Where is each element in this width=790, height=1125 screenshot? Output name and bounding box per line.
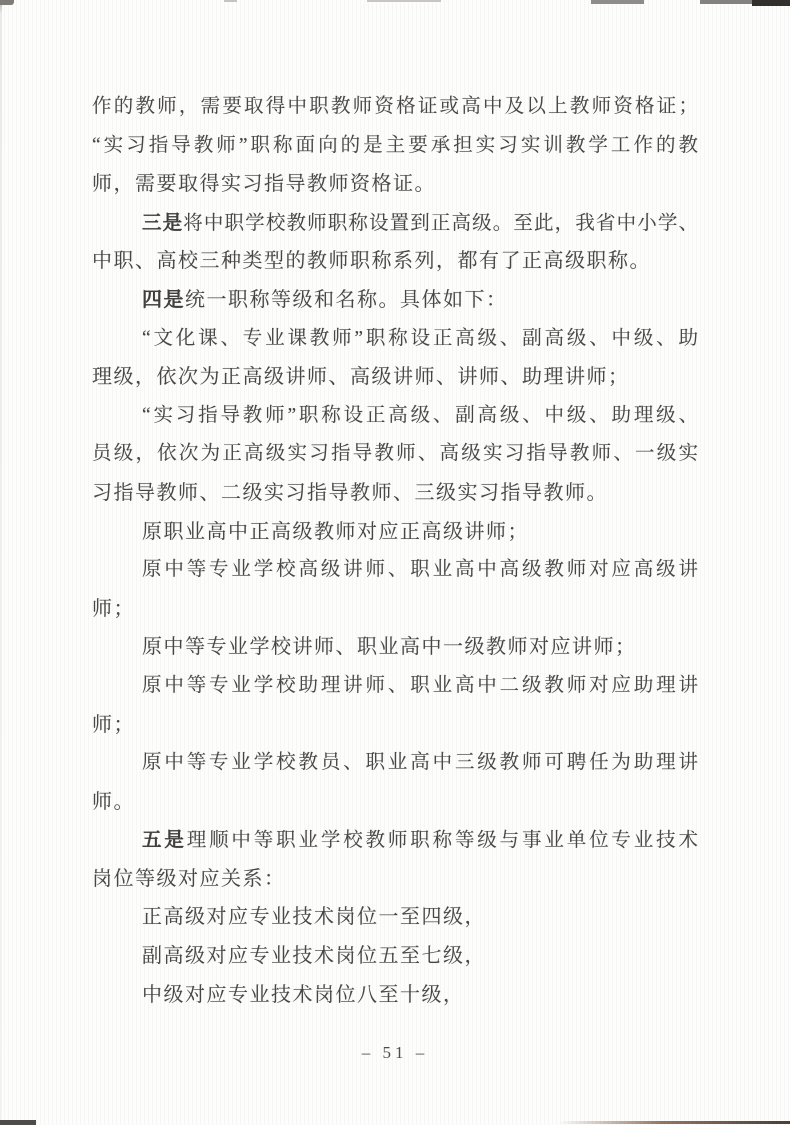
paragraph-lead-emphasis: 三是 [142,212,183,234]
text-line: 原中等专业学校助理讲师、职业高中二级教师对应助理讲 [92,667,698,706]
page-number: – 51 – [0,1043,790,1063]
text-line: “实习指导教师”职称设正高级、副高级、中级、助理级、 [92,397,698,436]
text-line: 师； [92,706,698,745]
paragraph-lead-emphasis: 四是 [142,289,185,311]
text-line: 作的教师，需要取得中职教师资格证或高中及以上教师资格证； [92,88,698,127]
scan-artifact-top-left [0,0,14,5]
text-line: 原中等专业学校教员、职业高中三级教师可聘任为助理讲 [92,744,698,783]
text-line: 原职业高中正高级教师对应正高级讲师； [92,513,698,552]
scan-artifact-top-faint-line [367,0,441,2]
text-line: 理级，依次为正高级讲师、高级讲师、讲师、助理讲师； [92,358,698,397]
text-line: 五是理顺中等职业学校教师职称等级与事业单位专业技术 [92,821,698,860]
text-line: 师； [92,590,698,629]
text-line: 原中等专业学校高级讲师、职业高中高级教师对应高级讲 [92,551,698,590]
text-line: 三是将中职学校教师职称设置到正高级。至此，我省中小学、 [92,204,698,243]
scan-artifact-top-gray-strip [700,0,752,4]
paragraph-lead-emphasis: 五是 [142,829,187,851]
text-line: 四是统一职称等级和名称。具体如下： [92,281,698,320]
text-line: 员级，依次为正高级实习指导教师、高级实习指导教师、一级实 [92,435,698,474]
text-line: 中级对应专业技术岗位八至十级， [92,976,698,1015]
scan-artifact-top-mark [224,0,237,2]
scan-artifact-bottom-right-line [558,1121,790,1124]
scan-artifact-bottom-left-strip [0,1120,36,1125]
scan-artifact-left-edge [0,0,2,1125]
text-line: 正高级对应专业技术岗位一至四级， [92,898,698,937]
document-body: 作的教师，需要取得中职教师资格证或高中及以上教师资格证；“实习指导教师”职称面向… [92,88,698,1014]
scan-artifact-top-right-strip [752,0,790,6]
text-line: 副高级对应专业技术岗位五至七级， [92,937,698,976]
text-line: 中职、高校三种类型的教师职称系列，都有了正高级职称。 [92,242,698,281]
text-line: “实习指导教师”职称面向的是主要承担实习实训教学工作的教 [92,127,698,166]
text-line: 师。 [92,783,698,822]
text-line: 原中等专业学校讲师、职业高中一级教师对应讲师； [92,628,698,667]
text-line: 习指导教师、二级实习指导教师、三级实习指导教师。 [92,474,698,513]
text-line: 师，需要取得实习指导教师资格证。 [92,165,698,204]
text-line: “文化课、专业课教师”职称设正高级、副高级、中级、助 [92,320,698,359]
scanned-document-page: { "page": { "background": "#fdfdfc", "te… [0,0,790,1125]
text-line: 岗位等级对应关系： [92,860,698,899]
scan-artifact-top-gray-strip [591,0,644,4]
